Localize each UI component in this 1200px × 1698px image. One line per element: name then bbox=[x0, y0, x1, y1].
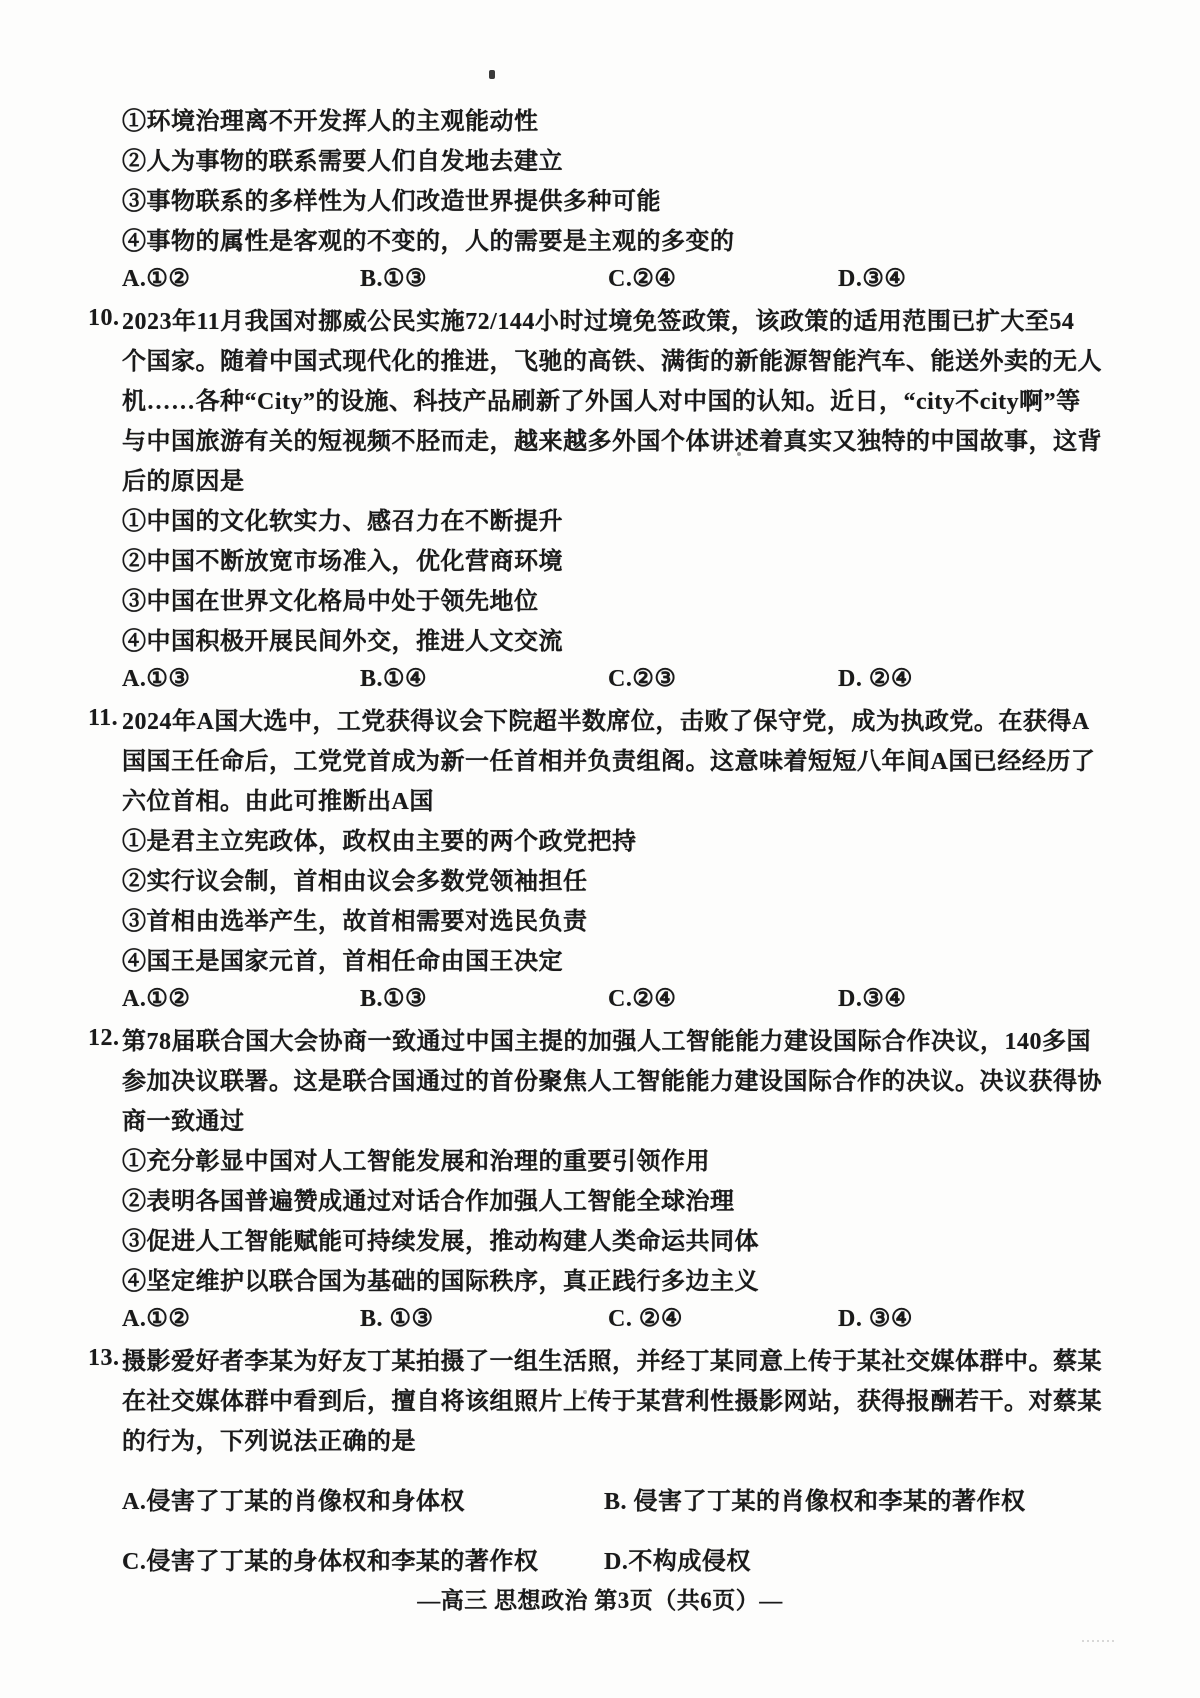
page-footer: —高三 思想政治 第3页（共6页）— bbox=[0, 1578, 1200, 1618]
answer-option-a: A.①② bbox=[122, 984, 360, 1013]
statement-line: ③首相由选举产生，故首相需要对选民负责 bbox=[0, 898, 1200, 938]
question-9-options: ①环境治理离不开发挥人的主观能动性 ②人为事物的联系需要人们自发地去建立 ③事物… bbox=[0, 98, 1200, 298]
answer-option-a: A.①③ bbox=[122, 664, 360, 693]
statement-line: ③促进人工智能赋能可持续发展，推动构建人类命运共同体 bbox=[0, 1218, 1200, 1258]
exam-page-scan: ①环境治理离不开发挥人的主观能动性 ②人为事物的联系需要人们自发地去建立 ③事物… bbox=[0, 0, 1200, 1698]
question-stem-line: 后的原因是 bbox=[0, 458, 1200, 498]
statement-line: ②人为事物的联系需要人们自发地去建立 bbox=[0, 138, 1200, 178]
question-stem-line: 商一致通过 bbox=[0, 1098, 1200, 1138]
answer-option-c: C.②④ bbox=[608, 984, 838, 1013]
answer-option-c: C.②④ bbox=[608, 264, 838, 293]
statement-line: ④国王是国家元首，首相任命由国王决定 bbox=[0, 938, 1200, 978]
answer-option-a: A.①② bbox=[122, 1304, 360, 1333]
answer-options-row: A.①② B. ①③ C. ②④ D. ③④ bbox=[0, 1298, 1200, 1338]
choice-row: A.侵害了丁某的肖像权和身体权 B. 侵害了丁某的肖像权和李某的著作权 bbox=[0, 1478, 1200, 1518]
answer-options-row: A.①③ B.①④ C.②③ D. ②④ bbox=[0, 658, 1200, 698]
statement-line: ①中国的文化软实力、感召力在不断提升 bbox=[0, 498, 1200, 538]
answer-options-row: A.①② B.①③ C.②④ D.③④ bbox=[0, 258, 1200, 298]
choice-option-a: A.侵害了丁某的肖像权和身体权 bbox=[122, 1481, 604, 1516]
question-stem-line: 国国王任命后，工党党首成为新一任首相并负责组阁。这意味着短短八年间A国已经经历了 bbox=[0, 738, 1200, 778]
stem-text: 第78届联合国大会协商一致通过中国主提的加强人工智能能力建设国际合作决议，140… bbox=[122, 1021, 1091, 1056]
statement-line: ①充分彰显中国对人工智能发展和治理的重要引领作用 bbox=[0, 1138, 1200, 1178]
question-stem-line: 11.2024年A国大选中，工党获得议会下院超半数席位，击败了保守党，成为执政党… bbox=[0, 698, 1200, 738]
question-number: 12. bbox=[88, 1025, 122, 1052]
question-13: 13.摄影爱好者李某为好友丁某拍摄了一组生活照，并经丁某同意上传于某社交媒体群中… bbox=[0, 1338, 1200, 1578]
statement-line: ②实行议会制，首相由议会多数党领袖担任 bbox=[0, 858, 1200, 898]
stem-text: 2024年A国大选中，工党获得议会下院超半数席位，击败了保守党，成为执政党。在获… bbox=[122, 701, 1090, 736]
question-stem-line: 10.2023年11月我国对挪威公民实施72/144小时过境免签政策，该政策的适… bbox=[0, 298, 1200, 338]
statement-line: ④坚定维护以联合国为基础的国际秩序，真正践行多边主义 bbox=[0, 1258, 1200, 1298]
question-11: 11.2024年A国大选中，工党获得议会下院超半数席位，击败了保守党，成为执政党… bbox=[0, 698, 1200, 1018]
scan-artifact-speck bbox=[583, 1390, 587, 1394]
statement-line: ③事物联系的多样性为人们改造世界提供多种可能 bbox=[0, 178, 1200, 218]
scan-artifact-speck bbox=[489, 70, 495, 79]
scan-artifact-dots bbox=[1082, 1640, 1116, 1642]
question-number: 11. bbox=[88, 705, 122, 732]
question-stem-line: 的行为，下列说法正确的是 bbox=[0, 1418, 1200, 1458]
statement-line: ④中国积极开展民间外交，推进人文交流 bbox=[0, 618, 1200, 658]
statement-line: ④事物的属性是客观的不变的，人的需要是主观的多变的 bbox=[0, 218, 1200, 258]
answer-option-d: D. ②④ bbox=[838, 664, 913, 693]
choice-option-c: C.侵害了丁某的身体权和李某的著作权 bbox=[122, 1541, 604, 1576]
statement-line: ①是君主立宪政体，政权由主要的两个政党把持 bbox=[0, 818, 1200, 858]
answer-options-row: A.①② B.①③ C.②④ D.③④ bbox=[0, 978, 1200, 1018]
question-10: 10.2023年11月我国对挪威公民实施72/144小时过境免签政策，该政策的适… bbox=[0, 298, 1200, 698]
question-12: 12.第78届联合国大会协商一致通过中国主提的加强人工智能能力建设国际合作决议，… bbox=[0, 1018, 1200, 1338]
question-stem-line: 机……各种“City”的设施、科技产品刷新了外国人对中国的认知。近日，“city… bbox=[0, 378, 1200, 418]
answer-option-c: C. ②④ bbox=[608, 1304, 838, 1333]
stem-text: 摄影爱好者李某为好友丁某拍摄了一组生活照，并经丁某同意上传于某社交媒体群中。蔡某 bbox=[122, 1341, 1102, 1376]
stem-text: 2023年11月我国对挪威公民实施72/144小时过境免签政策，该政策的适用范围… bbox=[122, 301, 1074, 336]
choice-row: C.侵害了丁某的身体权和李某的著作权 D.不构成侵权 bbox=[0, 1538, 1200, 1578]
answer-option-d: D.③④ bbox=[838, 264, 906, 293]
choice-option-d: D.不构成侵权 bbox=[604, 1541, 751, 1576]
choice-option-b: B. 侵害了丁某的肖像权和李某的著作权 bbox=[604, 1481, 1026, 1516]
statement-line: ②表明各国普遍赞成通过对话合作加强人工智能全球治理 bbox=[0, 1178, 1200, 1218]
question-stem-line: 个国家。随着中国式现代化的推进，飞驰的高铁、满街的新能源智能汽车、能送外卖的无人 bbox=[0, 338, 1200, 378]
exam-content: ①环境治理离不开发挥人的主观能动性 ②人为事物的联系需要人们自发地去建立 ③事物… bbox=[0, 98, 1200, 1618]
question-number: 10. bbox=[88, 305, 122, 332]
answer-option-a: A.①② bbox=[122, 264, 360, 293]
answer-option-b: B. ①③ bbox=[360, 1304, 608, 1333]
statement-line: ①环境治理离不开发挥人的主观能动性 bbox=[0, 98, 1200, 138]
answer-option-b: B.①③ bbox=[360, 264, 608, 293]
question-stem-line: 与中国旅游有关的短视频不胫而走，越来越多外国个体讲述着真实又独特的中国故事，这背 bbox=[0, 418, 1200, 458]
scan-artifact-speck bbox=[737, 452, 741, 456]
question-number: 13. bbox=[88, 1345, 122, 1372]
answer-option-d: D. ③④ bbox=[838, 1304, 913, 1333]
question-stem-line: 在社交媒体群中看到后，擅自将该组照片上传于某营利性摄影网站，获得报酬若干。对蔡某 bbox=[0, 1378, 1200, 1418]
statement-line: ③中国在世界文化格局中处于领先地位 bbox=[0, 578, 1200, 618]
answer-option-b: B.①③ bbox=[360, 984, 608, 1013]
question-stem-line: 六位首相。由此可推断出A国 bbox=[0, 778, 1200, 818]
question-stem-line: 12.第78届联合国大会协商一致通过中国主提的加强人工智能能力建设国际合作决议，… bbox=[0, 1018, 1200, 1058]
question-stem-line: 参加决议联署。这是联合国通过的首份聚焦人工智能能力建设国际合作的决议。决议获得协 bbox=[0, 1058, 1200, 1098]
answer-option-d: D.③④ bbox=[838, 984, 906, 1013]
answer-option-b: B.①④ bbox=[360, 664, 608, 693]
answer-option-c: C.②③ bbox=[608, 664, 838, 693]
question-stem-line: 13.摄影爱好者李某为好友丁某拍摄了一组生活照，并经丁某同意上传于某社交媒体群中… bbox=[0, 1338, 1200, 1378]
statement-line: ②中国不断放宽市场准入，优化营商环境 bbox=[0, 538, 1200, 578]
